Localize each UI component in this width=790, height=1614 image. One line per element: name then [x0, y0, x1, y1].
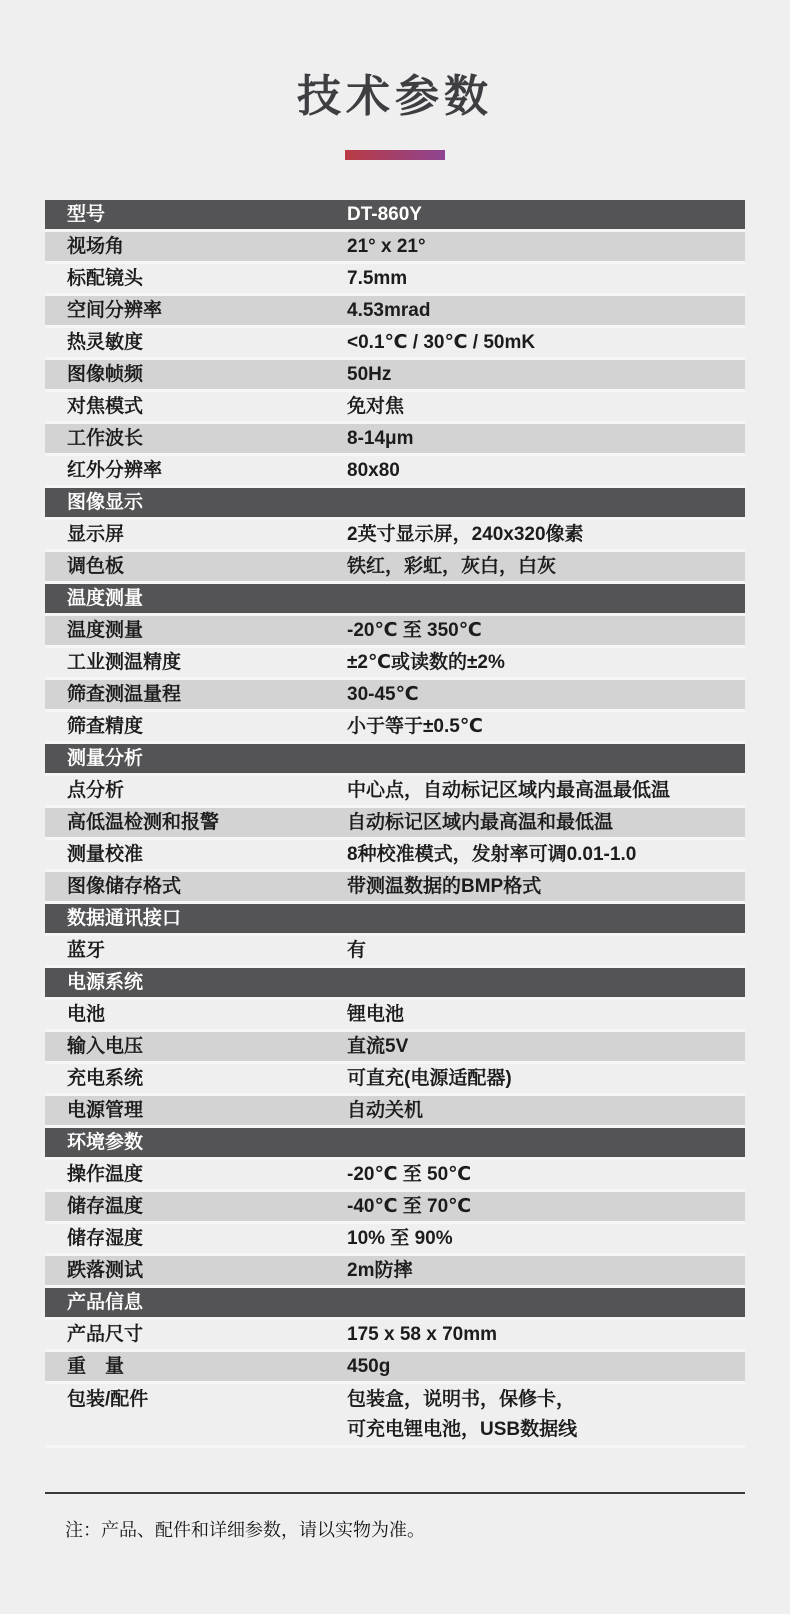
spec-row: 工业测温精度±2℃或读数的±2%: [45, 648, 745, 680]
spec-row: 筛查测温量程30-45℃: [45, 680, 745, 712]
spec-label: 图像储存格式: [45, 872, 347, 901]
spec-value: 30-45℃: [347, 680, 745, 709]
spec-value: 4.53mrad: [347, 296, 745, 325]
spec-label: 筛查精度: [45, 712, 347, 741]
spec-row: 高低温检测和报警自动标记区域内最高温和最低温: [45, 808, 745, 840]
spec-label: 充电系统: [45, 1064, 347, 1093]
spec-value: 2英寸显示屏，240x320像素: [347, 520, 745, 549]
spec-label: 电源系统: [45, 968, 347, 997]
spec-label: 包装/配件: [45, 1384, 347, 1445]
spec-value: [347, 744, 745, 773]
section-header-row: 电源系统: [45, 968, 745, 1000]
spec-row: 电池锂电池: [45, 1000, 745, 1032]
spec-value: 带测温数据的BMP格式: [347, 872, 745, 901]
section-header-row: 温度测量: [45, 584, 745, 616]
spec-label: 工作波长: [45, 424, 347, 453]
spec-row: 测量校准8种校准模式，发射率可调0.01-1.0: [45, 840, 745, 872]
spec-value: [347, 968, 745, 997]
title-accent-bar: [345, 150, 445, 160]
spec-label: 测量校准: [45, 840, 347, 869]
section-header-row: 产品信息: [45, 1288, 745, 1320]
spec-label: 图像显示: [45, 488, 347, 517]
spec-row: 重 量450g: [45, 1352, 745, 1384]
spec-label: 产品尺寸: [45, 1320, 347, 1349]
spec-value: 免对焦: [347, 392, 745, 421]
spec-label: 视场角: [45, 232, 347, 261]
spec-label: 操作温度: [45, 1160, 347, 1189]
spec-value: 铁红，彩虹，灰白，白灰: [347, 552, 745, 581]
spec-value: 可直充(电源适配器): [347, 1064, 745, 1093]
spec-label: 数据通讯接口: [45, 904, 347, 933]
spec-label: 电源管理: [45, 1096, 347, 1125]
spec-value: -20℃ 至 50℃: [347, 1160, 745, 1189]
spec-label: 点分析: [45, 776, 347, 805]
spec-label: 储存湿度: [45, 1224, 347, 1253]
spec-label: 筛查测温量程: [45, 680, 347, 709]
spec-value: DT-860Y: [347, 200, 745, 229]
footnote: 注：产品、配件和详细参数，请以实物为准。: [65, 1516, 745, 1542]
spec-label: 跌落测试: [45, 1256, 347, 1285]
spec-row: 产品尺寸175 x 58 x 70mm: [45, 1320, 745, 1352]
spec-label: 工业测温精度: [45, 648, 347, 677]
spec-value: [347, 488, 745, 517]
spec-row: 跌落测试2m防摔: [45, 1256, 745, 1288]
spec-label: 空间分辨率: [45, 296, 347, 325]
spec-label: 热灵敏度: [45, 328, 347, 357]
spec-row: 型号DT-860Y: [45, 200, 745, 232]
spec-value: 80x80: [347, 456, 745, 485]
spec-label: 温度测量: [45, 616, 347, 645]
spec-value: -20℃ 至 350℃: [347, 616, 745, 645]
section-header-row: 图像显示: [45, 488, 745, 520]
spec-value: 50Hz: [347, 360, 745, 389]
spec-value: 8-14μm: [347, 424, 745, 453]
spec-value: 锂电池: [347, 1000, 745, 1029]
spec-value: <0.1℃ / 30℃ / 50mK: [347, 328, 745, 357]
spec-label: 蓝牙: [45, 936, 347, 965]
spec-label: 标配镜头: [45, 264, 347, 293]
spec-value: 2m防摔: [347, 1256, 745, 1285]
spec-value: -40℃ 至 70℃: [347, 1192, 745, 1221]
spec-row: 储存温度-40℃ 至 70℃: [45, 1192, 745, 1224]
spec-value: 有: [347, 936, 745, 965]
section-header-row: 测量分析: [45, 744, 745, 776]
spec-value: [347, 1288, 745, 1317]
spec-row: 充电系统可直充(电源适配器): [45, 1064, 745, 1096]
spec-row: 空间分辨率4.53mrad: [45, 296, 745, 328]
spec-row: 显示屏2英寸显示屏，240x320像素: [45, 520, 745, 552]
spec-value: [347, 1128, 745, 1157]
spec-row: 储存湿度10% 至 90%: [45, 1224, 745, 1256]
spec-label: 图像帧频: [45, 360, 347, 389]
spec-value: 450g: [347, 1352, 745, 1381]
spec-row: 调色板铁红，彩虹，灰白，白灰: [45, 552, 745, 584]
spec-value: ±2℃或读数的±2%: [347, 648, 745, 677]
spec-value: 自动关机: [347, 1096, 745, 1125]
spec-label: 对焦模式: [45, 392, 347, 421]
spec-row: 图像储存格式带测温数据的BMP格式: [45, 872, 745, 904]
spec-label: 电池: [45, 1000, 347, 1029]
spec-row: 标配镜头7.5mm: [45, 264, 745, 296]
spec-row: 包装/配件包装盒，说明书，保修卡， 可充电锂电池，USB数据线: [45, 1384, 745, 1448]
spec-label: 型号: [45, 200, 347, 229]
spec-row: 筛查精度小于等于±0.5℃: [45, 712, 745, 744]
spec-row: 红外分辨率80x80: [45, 456, 745, 488]
spec-value: 小于等于±0.5℃: [347, 712, 745, 741]
spec-row: 视场角21° x 21°: [45, 232, 745, 264]
footer-divider: [45, 1492, 745, 1494]
spec-label: 环境参数: [45, 1128, 347, 1157]
spec-label: 测量分析: [45, 744, 347, 773]
spec-label: 调色板: [45, 552, 347, 581]
section-header-row: 环境参数: [45, 1128, 745, 1160]
page-title: 技术参数: [0, 0, 790, 123]
spec-label: 温度测量: [45, 584, 347, 613]
spec-row: 输入电压直流5V: [45, 1032, 745, 1064]
spec-label: 储存温度: [45, 1192, 347, 1221]
spec-value: [347, 584, 745, 613]
spec-label: 重 量: [45, 1352, 347, 1381]
spec-row: 温度测量-20℃ 至 350℃: [45, 616, 745, 648]
spec-label: 产品信息: [45, 1288, 347, 1317]
spec-row: 图像帧频50Hz: [45, 360, 745, 392]
spec-row: 工作波长8-14μm: [45, 424, 745, 456]
spec-value: 7.5mm: [347, 264, 745, 293]
spec-row: 热灵敏度<0.1℃ / 30℃ / 50mK: [45, 328, 745, 360]
spec-value: 8种校准模式，发射率可调0.01-1.0: [347, 840, 745, 869]
spec-row: 对焦模式免对焦: [45, 392, 745, 424]
spec-value: [347, 904, 745, 933]
spec-row: 电源管理自动关机: [45, 1096, 745, 1128]
spec-value: 175 x 58 x 70mm: [347, 1320, 745, 1349]
spec-label: 显示屏: [45, 520, 347, 549]
spec-value: 21° x 21°: [347, 232, 745, 261]
spec-value: 中心点，自动标记区域内最高温最低温: [347, 776, 745, 805]
spec-row: 点分析中心点，自动标记区域内最高温最低温: [45, 776, 745, 808]
spec-label: 红外分辨率: [45, 456, 347, 485]
spec-label: 输入电压: [45, 1032, 347, 1061]
spec-label: 高低温检测和报警: [45, 808, 347, 837]
spec-value: 包装盒，说明书，保修卡， 可充电锂电池，USB数据线: [347, 1384, 745, 1445]
spec-table: 型号DT-860Y视场角21° x 21°标配镜头7.5mm空间分辨率4.53m…: [45, 200, 745, 1448]
spec-row: 蓝牙有: [45, 936, 745, 968]
section-header-row: 数据通讯接口: [45, 904, 745, 936]
spec-value: 10% 至 90%: [347, 1224, 745, 1253]
spec-value: 自动标记区域内最高温和最低温: [347, 808, 745, 837]
spec-value: 直流5V: [347, 1032, 745, 1061]
spec-row: 操作温度-20℃ 至 50℃: [45, 1160, 745, 1192]
